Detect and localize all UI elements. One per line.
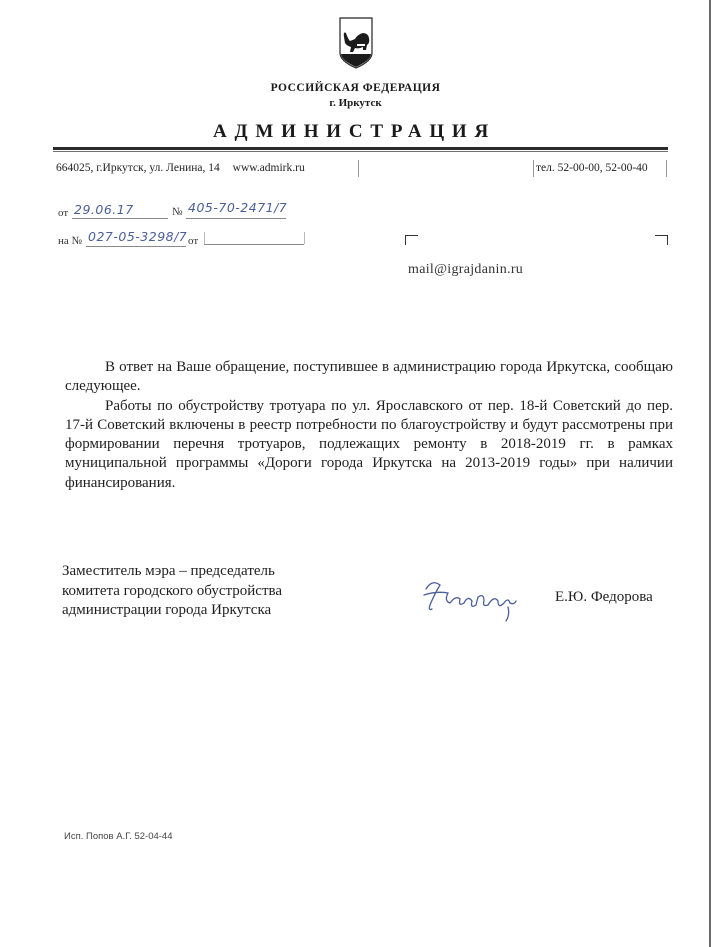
header-rule-thin	[53, 151, 668, 152]
phone-separator	[533, 160, 534, 177]
reply-date-underline	[204, 244, 304, 245]
date-label: от	[58, 207, 68, 219]
signer-position-line: комитета городского обустройства	[62, 582, 282, 602]
signer-name: Е.Ю. Федорова	[555, 589, 653, 606]
letter-body: В ответ на Ваше обращение, поступившее в…	[65, 358, 673, 493]
city-name: г. Иркутск	[0, 97, 711, 109]
header-rule-thick	[53, 147, 668, 150]
recipient-corner-right	[655, 235, 668, 245]
signer-position: Заместитель мэра – председатель комитета…	[62, 562, 282, 621]
signer-position-line: администрации города Иркутска	[62, 601, 282, 621]
number-label: №	[172, 206, 183, 218]
phone-end-separator	[666, 160, 667, 177]
recipient-email: mail@igrajdanin.ru	[408, 262, 523, 278]
date-underline	[72, 218, 168, 219]
reply-number-underline	[86, 246, 186, 247]
number-field[interactable]: 405-70-2471/7	[188, 200, 287, 215]
postal-address: 664025, г.Иркутск, ул. Ленина, 14	[56, 162, 220, 174]
phone-numbers: тел. 52-00-00, 52-00-40	[536, 162, 648, 174]
address-line: 664025, г.Иркутск, ул. Ленина, 14 www.ad…	[56, 162, 305, 174]
reply-date-label: от	[188, 235, 198, 247]
irkutsk-coat-of-arms-icon	[339, 17, 373, 69]
body-paragraph: В ответ на Ваше обращение, поступившее в…	[65, 358, 673, 397]
reply-date-box-right	[304, 232, 305, 244]
address-separator	[358, 160, 359, 177]
reply-number-field[interactable]: 027-05-3298/7	[88, 229, 187, 244]
organization-title: АДМИНИСТРАЦИЯ	[213, 121, 496, 143]
federation-title: РОССИЙСКАЯ ФЕДЕРАЦИЯ	[0, 82, 711, 94]
reply-date-box-left	[204, 232, 205, 244]
handwritten-signature	[418, 575, 528, 625]
date-field[interactable]: 29.06.17	[74, 202, 134, 217]
website-link[interactable]: www.admirk.ru	[233, 162, 305, 174]
reply-number-label: на №	[58, 235, 82, 247]
body-paragraph: Работы по обустройству тротуара по ул. Я…	[65, 397, 673, 493]
executor-info: Исп. Попов А.Г. 52-04-44	[64, 831, 173, 842]
signer-position-line: Заместитель мэра – председатель	[62, 562, 282, 582]
recipient-corner-left	[405, 235, 418, 245]
number-underline	[186, 218, 286, 219]
